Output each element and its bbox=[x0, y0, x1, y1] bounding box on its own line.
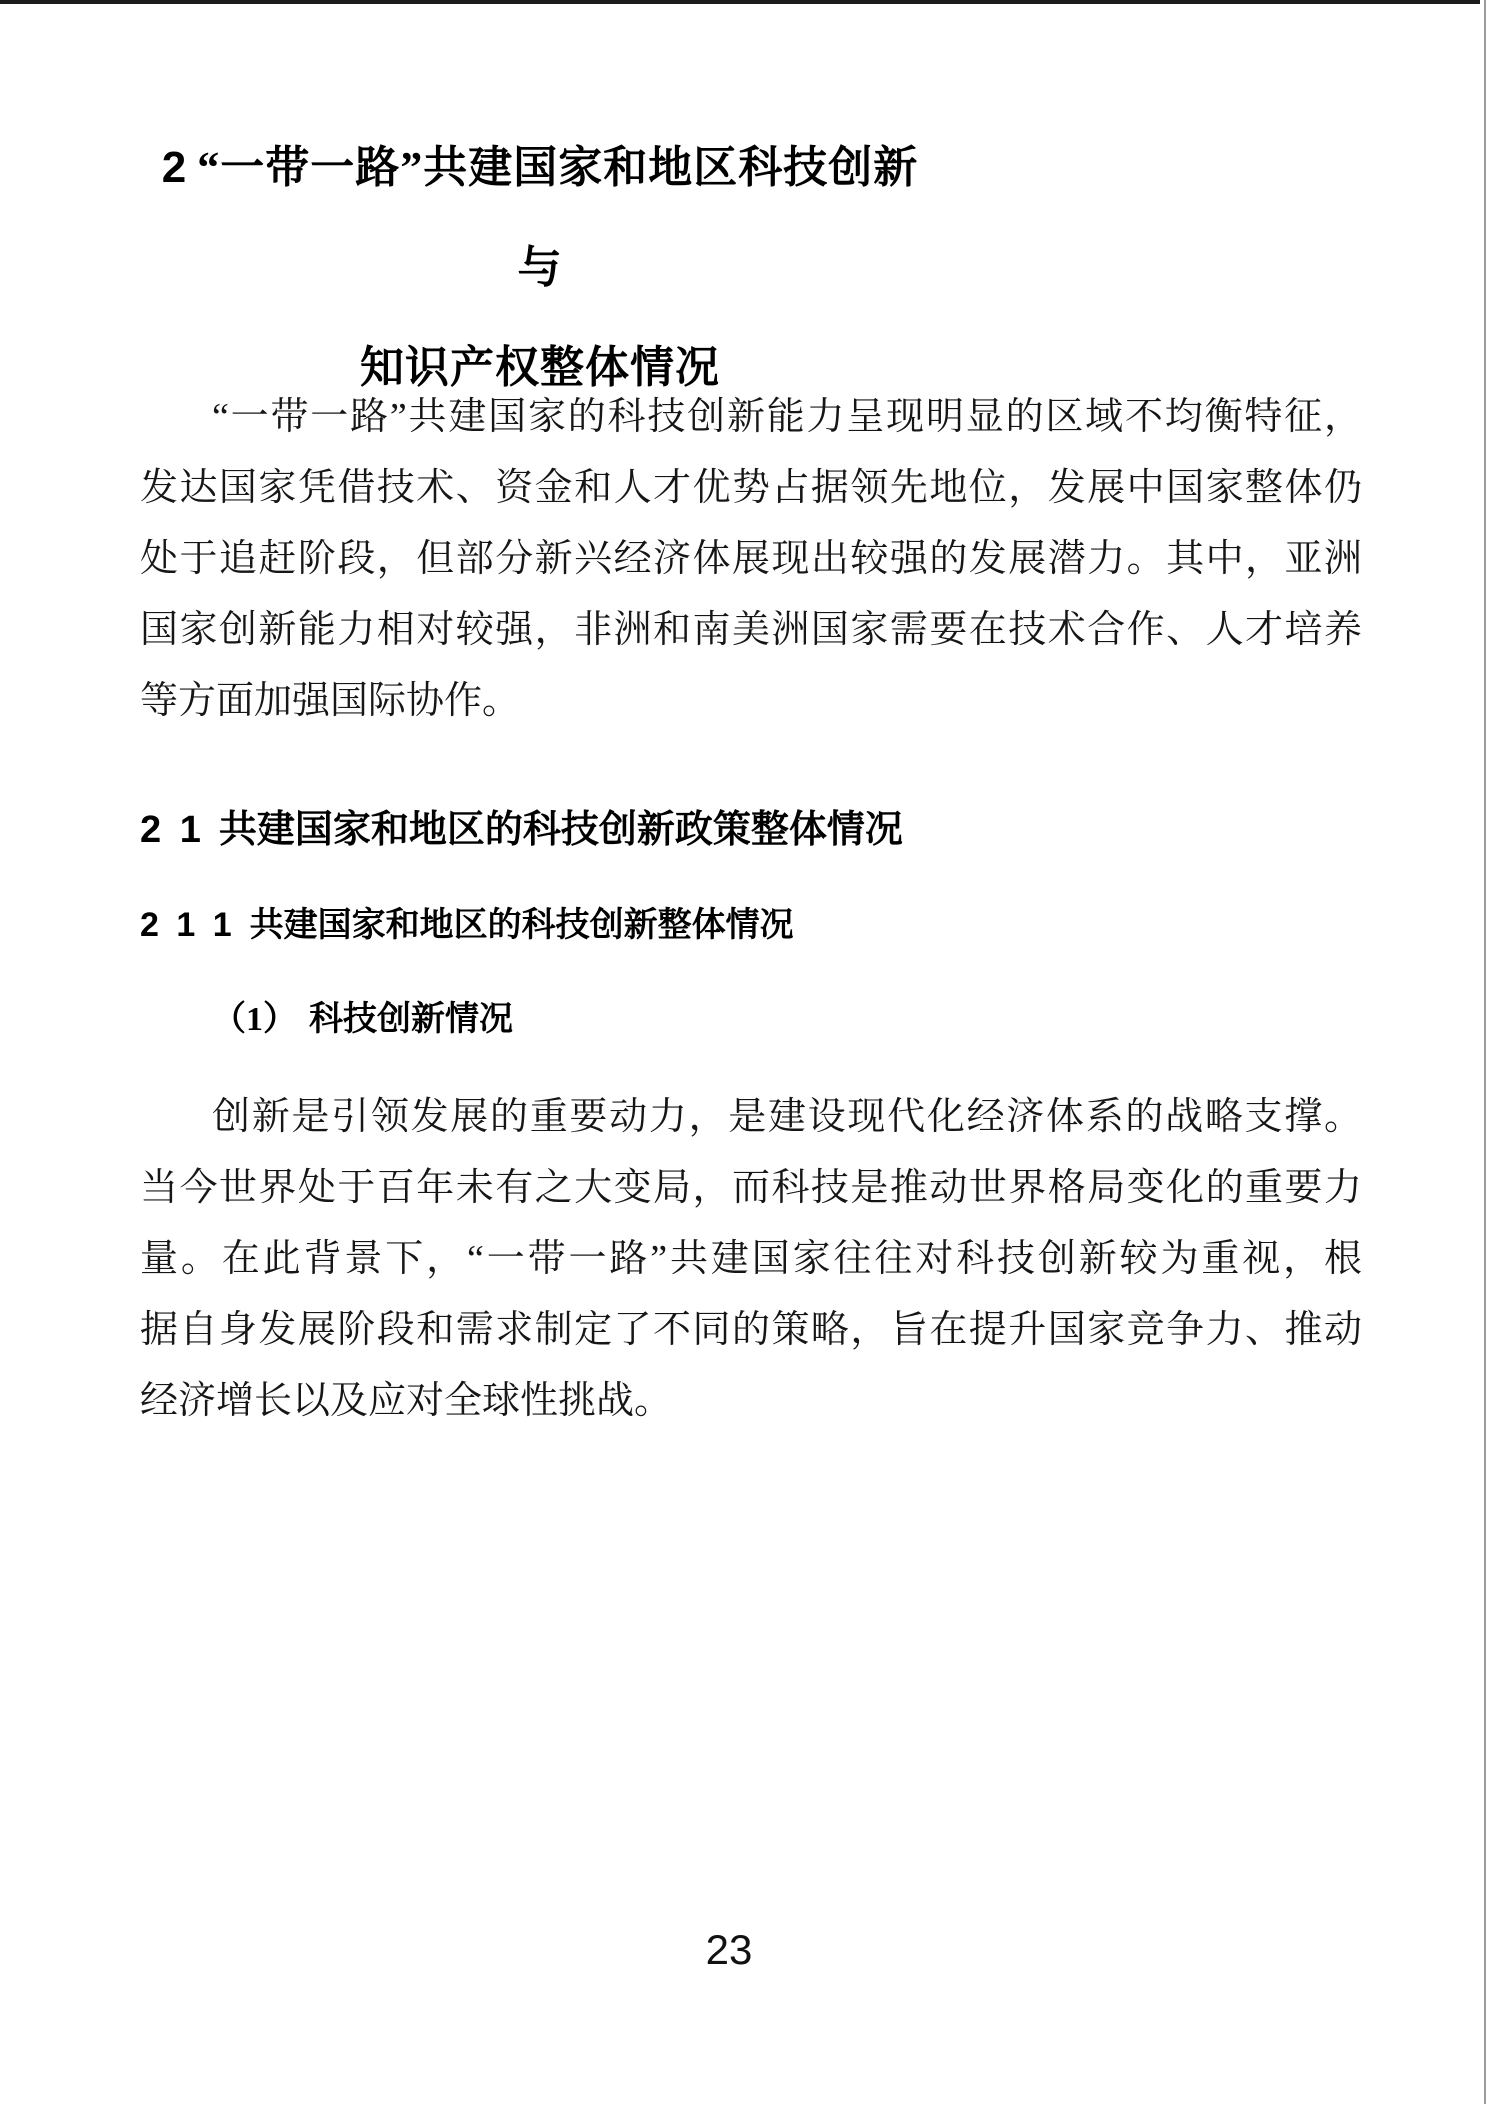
paragraph-line: 等方面加强国际协作。 bbox=[140, 666, 1362, 737]
paragraph-line: 发达国家凭借技术、资金和人才优势占据领先地位，发展中国家整体仍 bbox=[140, 453, 1362, 524]
section-heading-2-1: 2 1共建国家和地区的科技创新政策整体情况 bbox=[140, 800, 1362, 860]
section-heading-2-1-text: 共建国家和地区的科技创新政策整体情况 bbox=[219, 809, 903, 851]
item-heading-1: （1）科技创新情况 bbox=[140, 993, 1362, 1047]
item-number: （1） bbox=[212, 1001, 297, 1038]
subsection-number: 2 1 1 bbox=[140, 906, 236, 944]
document-title: 2“一带一路”共建国家和地区科技创新与 知识产权整体情况 bbox=[140, 118, 940, 418]
paragraph-line: 当今世界处于百年未有之大变局，而科技是推动世界格局变化的重要力 bbox=[140, 1153, 1362, 1224]
page-top-border bbox=[0, 0, 1480, 4]
document-page: 2“一带一路”共建国家和地区科技创新与 知识产权整体情况 “一带一路”共建国家的… bbox=[0, 0, 1488, 2104]
paragraph-line: 量。在此背景下，“一带一路”共建国家往往对科技创新较为重视，根 bbox=[140, 1224, 1362, 1295]
paragraph-line: 经济增长以及应对全球性挑战。 bbox=[140, 1366, 1362, 1437]
paragraph-line: “一带一路”共建国家的科技创新能力呈现明显的区域不均衡特征， bbox=[140, 382, 1362, 453]
section-heading-2-1-1-text: 共建国家和地区的科技创新整体情况 bbox=[250, 907, 794, 944]
paragraph-overview: “一带一路”共建国家的科技创新能力呈现明显的区域不均衡特征， 发达国家凭借技术、… bbox=[140, 382, 1362, 737]
document-title-line1-text: “一带一路”共建国家和地区科技创新与 bbox=[197, 143, 918, 292]
page-right-border bbox=[1484, 0, 1486, 2104]
chapter-number: 2 bbox=[162, 143, 187, 192]
document-title-line1: 2“一带一路”共建国家和地区科技创新与 bbox=[140, 118, 940, 318]
paragraph-innovation: 创新是引领发展的重要动力，是建设现代化经济体系的战略支撑。 当今世界处于百年未有… bbox=[140, 1082, 1362, 1437]
paragraph-line: 创新是引领发展的重要动力，是建设现代化经济体系的战略支撑。 bbox=[140, 1082, 1362, 1153]
section-number: 2 1 bbox=[140, 809, 205, 851]
paragraph-line: 据自身发展阶段和需求制定了不同的策略，旨在提升国家竞争力、推动 bbox=[140, 1295, 1362, 1366]
page-number: 23 bbox=[0, 1922, 1458, 1978]
item-heading-1-text: 科技创新情况 bbox=[309, 1001, 513, 1038]
paragraph-line: 国家创新能力相对较强，非洲和南美洲国家需要在技术合作、人才培养 bbox=[140, 595, 1362, 666]
section-heading-2-1-1: 2 1 1共建国家和地区的科技创新整体情况 bbox=[140, 897, 1362, 954]
paragraph-line: 处于追赶阶段，但部分新兴经济体展现出较强的发展潜力。其中，亚洲 bbox=[140, 524, 1362, 595]
